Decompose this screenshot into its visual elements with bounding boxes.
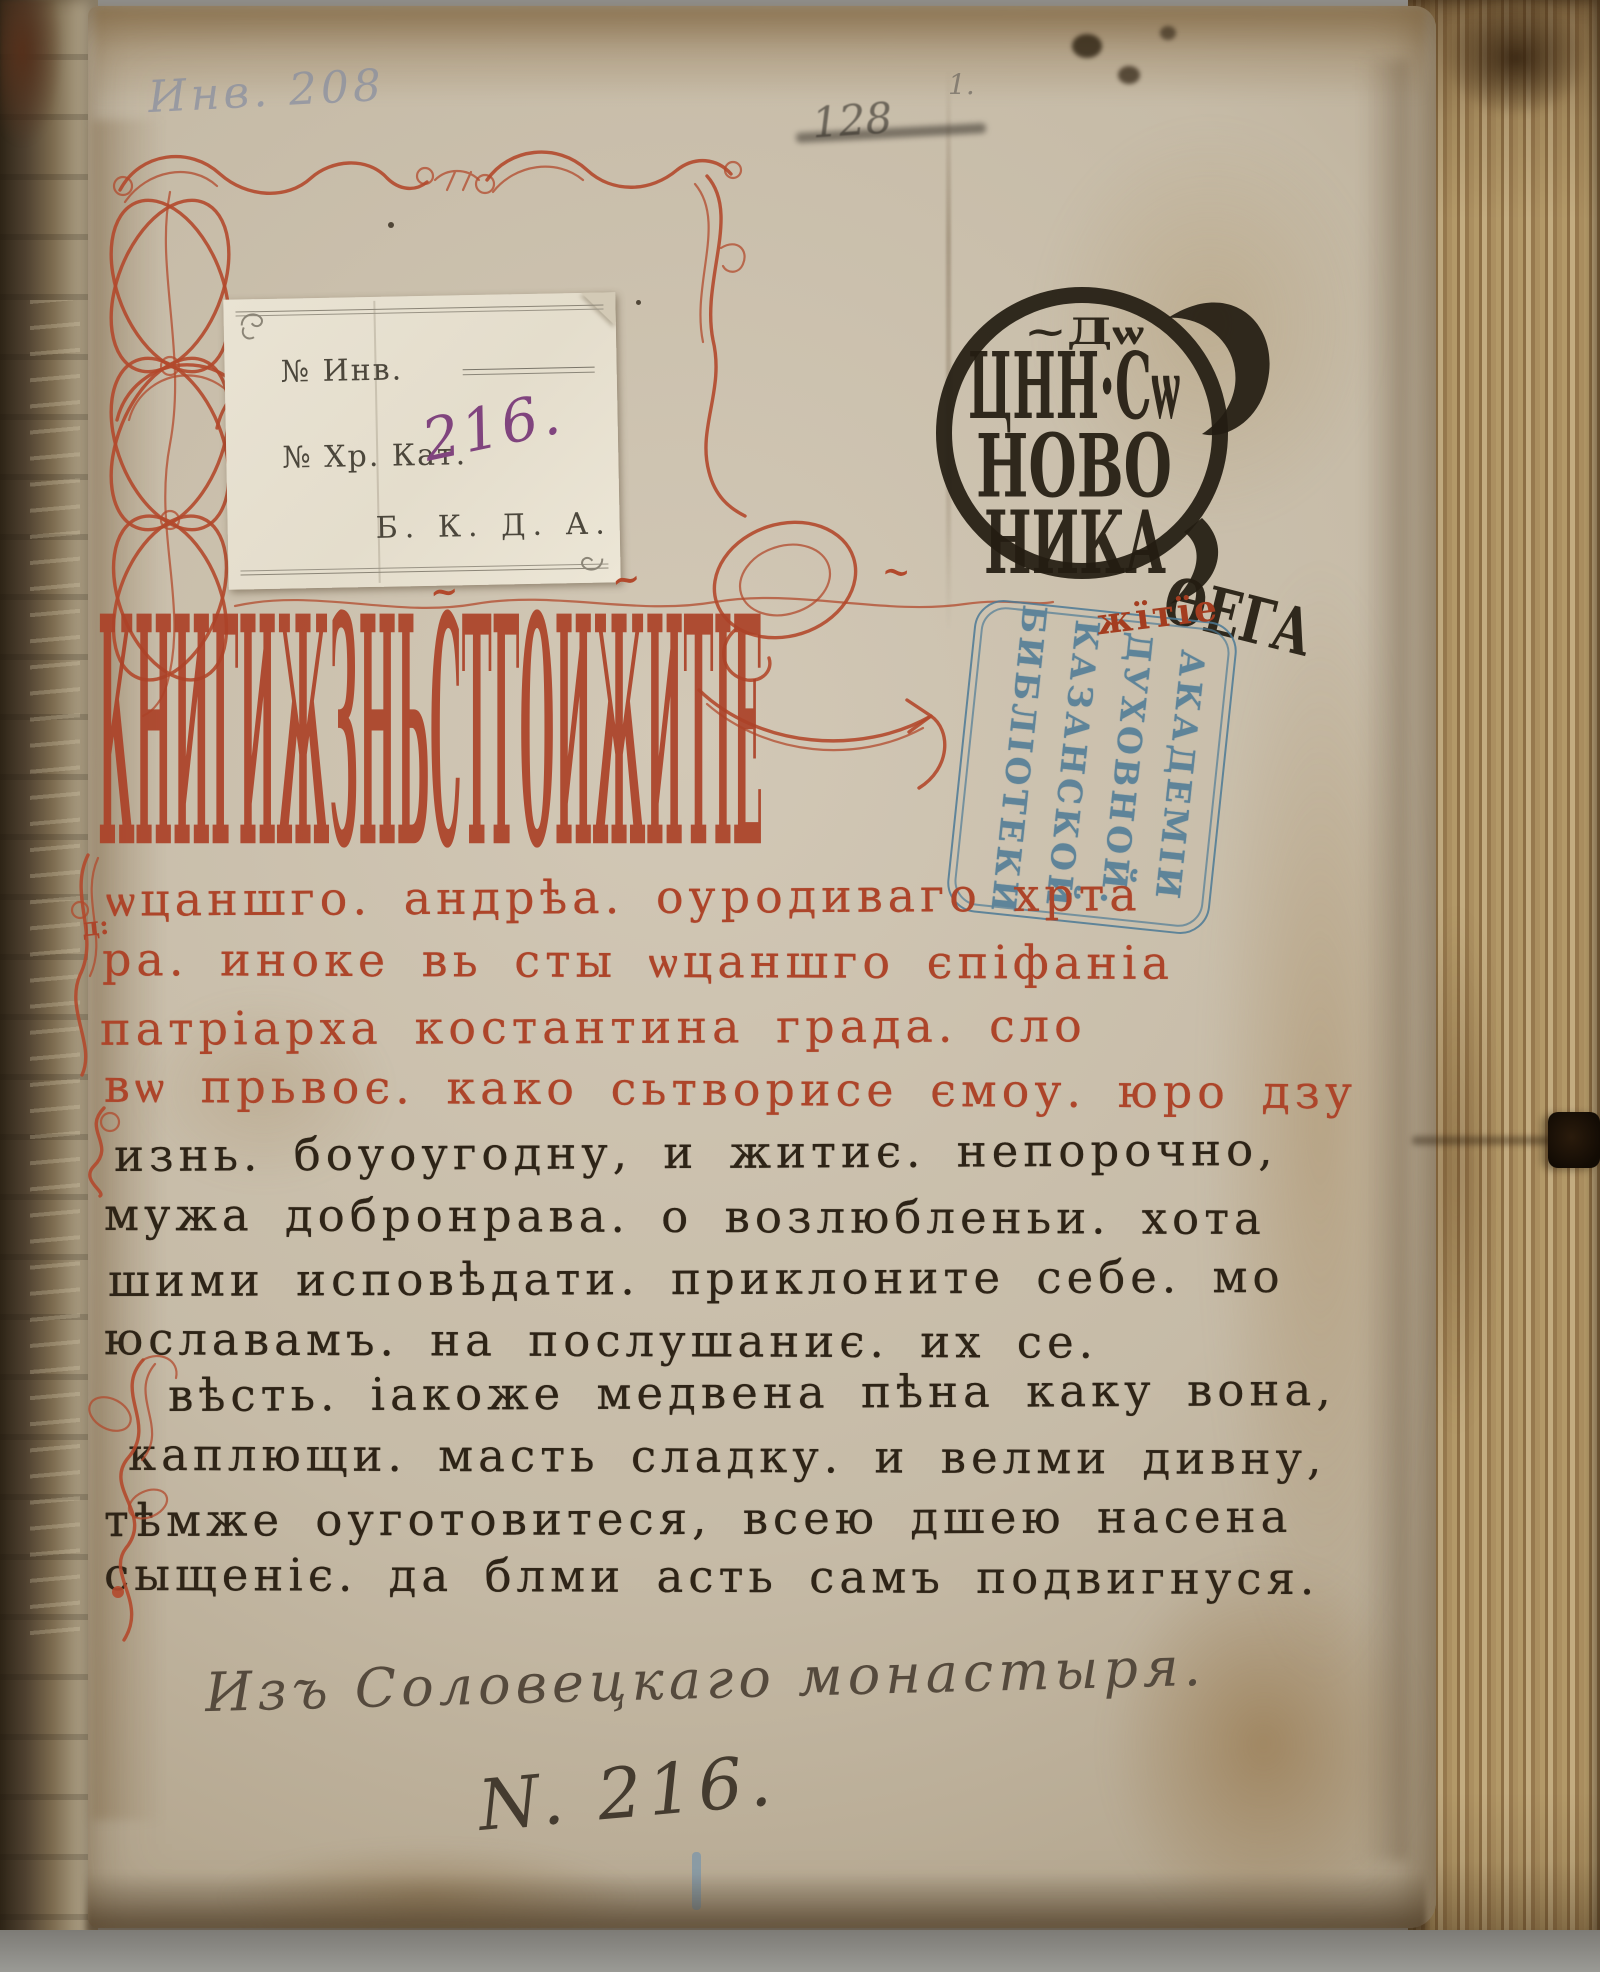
pencil-small-mark: 1. bbox=[948, 68, 975, 101]
page-bottom-shadow bbox=[86, 1872, 1426, 1934]
frame-curl-icon bbox=[570, 540, 607, 577]
titlo-mark: ~ bbox=[429, 571, 460, 613]
title-vyaz: КНИГИЖЗНЬСТГОИЖИТІЕ bbox=[92, 608, 772, 880]
text-line: каплющи. масть сладку. и велми дивну, bbox=[128, 1428, 1327, 1485]
titlo-mark: ~ bbox=[880, 551, 913, 594]
label-initials: Б. К. Д. А. bbox=[375, 506, 612, 546]
photo-background-strip bbox=[0, 1930, 1600, 1972]
text-line: юславамъ. на послушаниє. их се. bbox=[104, 1312, 1098, 1368]
text-line: сыщеніє. да блми асть самъ подвигнуся. bbox=[104, 1548, 1319, 1605]
leather-corner bbox=[0, 0, 74, 170]
text-line: шими исповѣдати. приклоните себе. мо bbox=[108, 1250, 1285, 1307]
label-inv-caption: № Инв. bbox=[280, 352, 403, 389]
bookmark-stick bbox=[1548, 1112, 1600, 1168]
rubric-line: вѡ прьвоє. како сьтворисе ємоу. юро дзу bbox=[104, 1059, 1357, 1120]
text-line: изнь. боуоугодну, и житиє. непорочно, bbox=[114, 1123, 1278, 1182]
fore-edge-pages bbox=[1408, 0, 1600, 1952]
ink-blot bbox=[1160, 26, 1176, 40]
page-edge-shadow bbox=[1362, 60, 1408, 1860]
rubric-line: ѡцаншго. андрѣа. оуродиваго хрта bbox=[106, 867, 1142, 926]
monogram-row3: НИКА bbox=[984, 491, 1166, 594]
manuscript-photo: Инв. 208 128 1. bbox=[0, 0, 1600, 1972]
title-vyaz-text: КНИГИЖЗНЬСТГОИЖИТІЕ bbox=[98, 608, 763, 880]
frame-curl-icon bbox=[237, 307, 274, 344]
text-line: тѣмже оуготовитеся, всею дшею насена bbox=[104, 1490, 1293, 1547]
ink-blot bbox=[1118, 66, 1140, 84]
titlo-mark: ~ bbox=[609, 558, 643, 602]
accession-label: № Инв. № Хр. Кат. 216. Б. К. Д. А. bbox=[223, 292, 620, 589]
rubric-line: патріарха костантина града. сло bbox=[100, 998, 1087, 1055]
fore-edge-dark-stain bbox=[1428, 6, 1588, 136]
rubric-line: ра. иноке вь сты ѡцаншго єпіфаніа bbox=[102, 932, 1174, 990]
bookmark-shadow bbox=[1412, 1136, 1552, 1145]
initial-flourish-p bbox=[58, 1352, 208, 1652]
text-line: вѣсть. іакоже медвена пѣна каку вона, bbox=[168, 1363, 1336, 1422]
text-line: мужа добронрава. о возлюбленьи. хота bbox=[104, 1188, 1266, 1245]
ink-blot bbox=[1072, 34, 1102, 58]
